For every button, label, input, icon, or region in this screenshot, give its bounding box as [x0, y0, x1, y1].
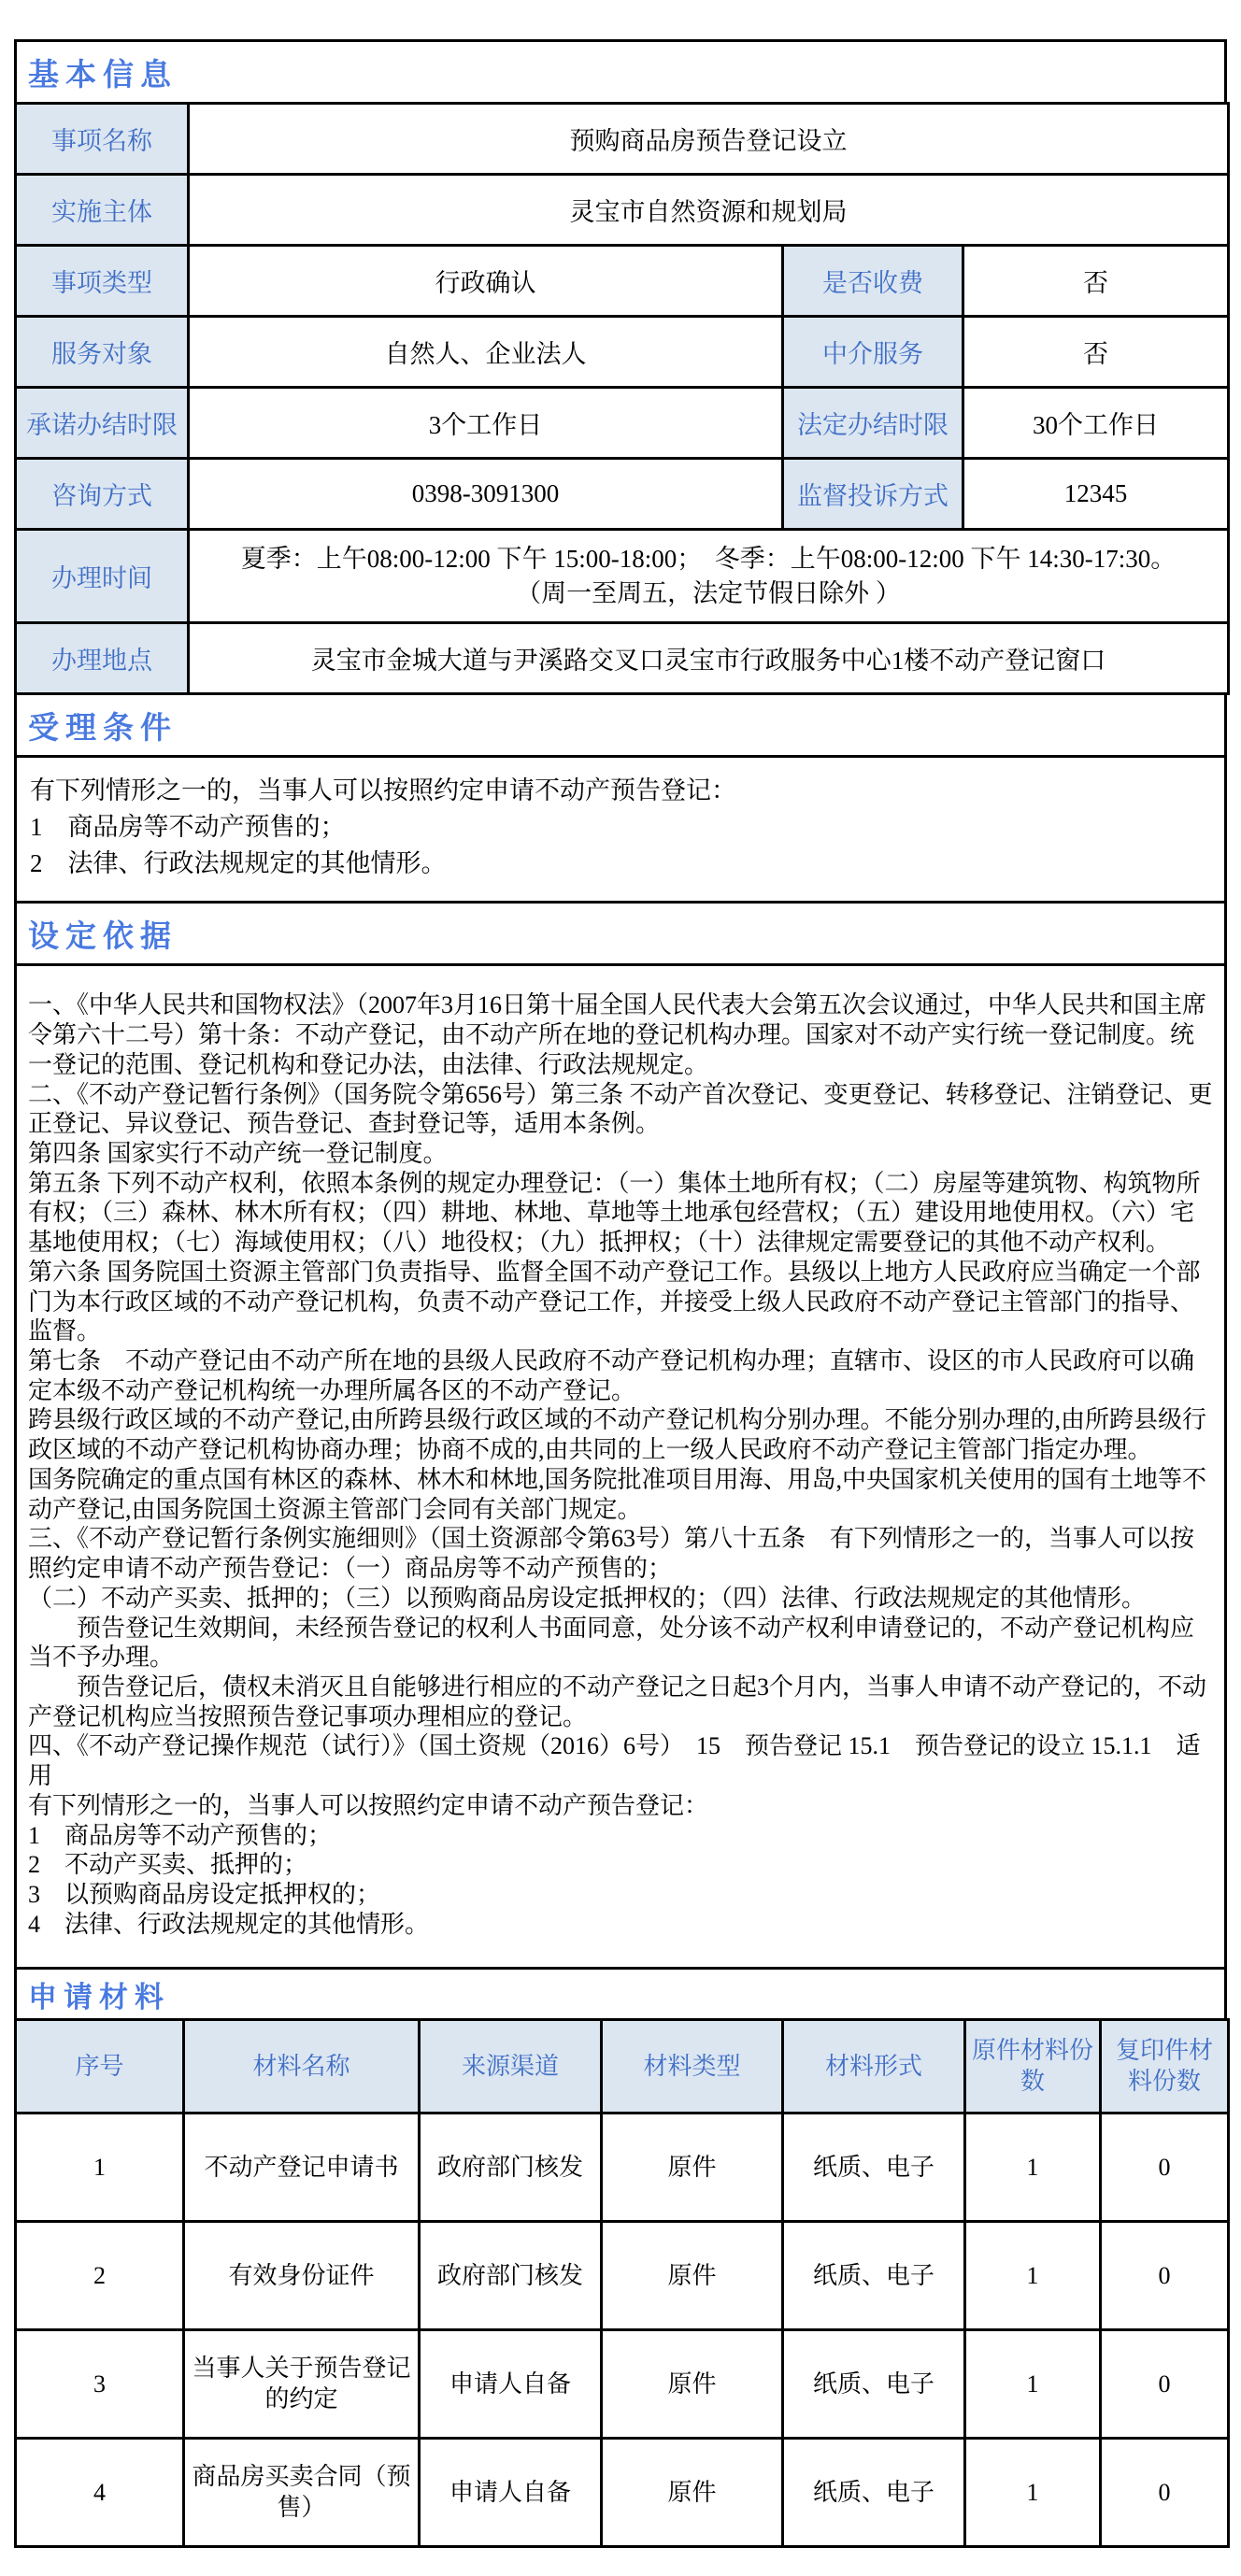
legal-paragraph: 第五条 下列不动产权利，依照本条例的规定办理登记：（一）集体土地所有权；（二）房… — [28, 1169, 1213, 1258]
value-cell: 灵宝市自然资源和规划局 — [189, 175, 1229, 246]
value-cell: 3个工作日 — [189, 388, 783, 459]
label-cell: 承诺办结时限 — [16, 388, 189, 459]
label-cell: 事项名称 — [16, 104, 189, 175]
legal-paragraph: 预告登记后，债权未消灭且自能够进行相应的不动产登记之日起3个月内，当事人申请不动… — [28, 1672, 1213, 1731]
office-hours-line2: （周一至周五，法定节假日除外 ） — [197, 576, 1220, 610]
value-cell: 否 — [963, 246, 1229, 317]
cell-material-type: 原件 — [602, 2439, 783, 2547]
cell-source: 申请人自备 — [420, 2330, 602, 2439]
legal-paragraph: 2 不动产买卖、抵押的； — [28, 1850, 1213, 1880]
section-title-application-materials: 申请材料 — [14, 1967, 1227, 2021]
table-row-office-hours: 办理时间 夏季：上午08:00-12:00 下午 15:00-18:00； 冬季… — [16, 530, 1229, 623]
legal-basis-text: 一、《中华人民共和国物权法》（2007年3月16日第十届全国人民代表大会第五次会… — [14, 963, 1227, 1970]
cell-seq: 2 — [16, 2222, 184, 2330]
section-title-legal-basis: 设定依据 — [14, 901, 1227, 966]
acceptance-line: 2 法律、行政法规规定的其他情形。 — [30, 846, 1211, 882]
cell-material-form: 纸质、电子 — [783, 2113, 965, 2222]
cell-material-form: 纸质、电子 — [783, 2439, 965, 2547]
cell-original-copies: 1 — [965, 2439, 1101, 2547]
cell-original-copies: 1 — [965, 2330, 1101, 2439]
legal-paragraph: 三、《不动产登记暂行条例实施细则》（国土资源部令第63号）第八十五条 有下列情形… — [28, 1524, 1213, 1583]
legal-paragraph: 二、《不动产登记暂行条例》（国务院令第656号）第三条 不动产首次登记、变更登记… — [28, 1080, 1213, 1139]
table-row-consult-phone: 咨询方式 0398-3091300 监督投诉方式 12345 — [16, 459, 1229, 530]
cell-photocopy-copies: 0 — [1101, 2113, 1229, 2222]
label-cell: 法定办结时限 — [783, 388, 963, 459]
cell-source: 政府部门核发 — [420, 2113, 602, 2222]
table-row-item-type: 事项类型 行政确认 是否收费 否 — [16, 246, 1229, 317]
cell-photocopy-copies: 0 — [1101, 2330, 1229, 2439]
legal-paragraph: 国务院确定的重点国有林区的森林、林木和林地,国务院批准项目用海、用岛,中央国家机… — [28, 1465, 1213, 1524]
table-row-item-name: 事项名称 预购商品房预告登记设立 — [16, 104, 1229, 175]
value-cell: 预购商品房预告登记设立 — [189, 104, 1229, 175]
section-title-acceptance-conditions: 受理条件 — [14, 692, 1227, 758]
value-cell: 否 — [963, 317, 1229, 388]
value-cell: 0398-3091300 — [189, 459, 783, 530]
cell-material-type: 原件 — [602, 2113, 783, 2222]
materials-header-row: 序号 材料名称 来源渠道 材料类型 材料形式 原件材料份数 复印件材料份数 — [16, 2020, 1229, 2113]
label-cell: 办理地点 — [16, 623, 189, 694]
cell-material-form: 纸质、电子 — [783, 2222, 965, 2330]
value-cell: 灵宝市金城大道与尹溪路交叉口灵宝市行政服务中心1楼不动产登记窗口 — [189, 623, 1229, 694]
materials-row: 2 有效身份证件 政府部门核发 原件 纸质、电子 1 0 — [16, 2222, 1229, 2330]
section-title-text: 受理条件 — [28, 704, 178, 747]
legal-paragraph: 4 法律、行政法规规定的其他情形。 — [28, 1910, 1213, 1940]
label-cell: 监督投诉方式 — [783, 459, 963, 530]
section-title-basic-info: 基本信息 — [14, 39, 1227, 105]
value-cell: 行政确认 — [189, 246, 783, 317]
column-header-seq: 序号 — [16, 2020, 184, 2113]
cell-material-name: 当事人关于预告登记的约定 — [184, 2330, 420, 2439]
cell-seq: 4 — [16, 2439, 184, 2547]
label-cell: 服务对象 — [16, 317, 189, 388]
cell-seq: 3 — [16, 2330, 184, 2439]
label-cell: 是否收费 — [783, 246, 963, 317]
label-cell: 中介服务 — [783, 317, 963, 388]
column-header-photocopy-copies: 复印件材料份数 — [1101, 2020, 1229, 2113]
cell-seq: 1 — [16, 2113, 184, 2222]
acceptance-line: 有下列情形之一的，当事人可以按照约定申请不动产预告登记： — [30, 773, 1211, 809]
legal-paragraph: 一、《中华人民共和国物权法》（2007年3月16日第十届全国人民代表大会第五次会… — [28, 990, 1213, 1079]
legal-paragraph: （二）不动产买卖、抵押的；（三）以预购商品房设定抵押权的；（四）法律、行政法规规… — [28, 1584, 1213, 1614]
acceptance-conditions-text: 有下列情形之一的，当事人可以按照约定申请不动产预告登记： 1 商品房等不动产预售… — [14, 755, 1227, 904]
cell-source: 政府部门核发 — [420, 2222, 602, 2330]
service-item-document: 基本信息 事项名称 预购商品房预告登记设立 实施主体 灵宝市自然资源和规划局 事… — [14, 39, 1227, 2548]
legal-paragraph: 有下列情形之一的，当事人可以按照约定申请不动产预告登记： — [28, 1791, 1213, 1821]
cell-material-form: 纸质、电子 — [783, 2330, 965, 2439]
legal-paragraph: 预告登记生效期间，未经预告登记的权利人书面同意，处分该不动产权利申请登记的，不动… — [28, 1614, 1213, 1672]
column-header-material-form: 材料形式 — [783, 2020, 965, 2113]
legal-paragraph: 第六条 国务院国土资源主管部门负责指导、监督全国不动产登记工作。县级以上地方人民… — [28, 1258, 1213, 1346]
office-hours-line1: 夏季：上午08:00-12:00 下午 15:00-18:00； 冬季：上午08… — [197, 542, 1220, 576]
column-header-original-copies: 原件材料份数 — [965, 2020, 1101, 2113]
table-row-office-location: 办理地点 灵宝市金城大道与尹溪路交叉口灵宝市行政服务中心1楼不动产登记窗口 — [16, 623, 1229, 694]
label-cell: 实施主体 — [16, 175, 189, 246]
application-materials-table: 序号 材料名称 来源渠道 材料类型 材料形式 原件材料份数 复印件材料份数 1 … — [14, 2018, 1230, 2548]
cell-original-copies: 1 — [965, 2222, 1101, 2330]
legal-paragraph: 四、《不动产登记操作规范（试行）》（国土资规（2016）6号） 15 预告登记 … — [28, 1731, 1213, 1790]
section-title-text: 基本信息 — [28, 50, 178, 94]
value-cell: 30个工作日 — [963, 388, 1229, 459]
legal-paragraph: 第七条 不动产登记由不动产所在地的县级人民政府不动产登记机构办理；直辖市、设区的… — [28, 1346, 1213, 1405]
label-cell: 办理时间 — [16, 530, 189, 623]
acceptance-line: 1 商品房等不动产预售的； — [30, 809, 1211, 846]
cell-material-name: 不动产登记申请书 — [184, 2113, 420, 2222]
section-title-text: 设定依据 — [28, 912, 178, 956]
materials-row: 1 不动产登记申请书 政府部门核发 原件 纸质、电子 1 0 — [16, 2113, 1229, 2222]
legal-paragraph: 第四条 国家实行不动产统一登记制度。 — [28, 1139, 1213, 1169]
table-row-implementing-body: 实施主体 灵宝市自然资源和规划局 — [16, 175, 1229, 246]
cell-material-type: 原件 — [602, 2222, 783, 2330]
legal-paragraph: 1 商品房等不动产预售的； — [28, 1821, 1213, 1851]
legal-paragraph: 跨县级行政区域的不动产登记,由所跨县级行政区域的不动产登记机构分别办理。不能分别… — [28, 1405, 1213, 1464]
value-cell: 自然人、企业法人 — [189, 317, 783, 388]
cell-original-copies: 1 — [965, 2113, 1101, 2222]
cell-photocopy-copies: 0 — [1101, 2222, 1229, 2330]
cell-material-name: 商品房买卖合同（预售） — [184, 2439, 420, 2547]
column-header-material-name: 材料名称 — [184, 2020, 420, 2113]
materials-row: 3 当事人关于预告登记的约定 申请人自备 原件 纸质、电子 1 0 — [16, 2330, 1229, 2439]
label-cell: 咨询方式 — [16, 459, 189, 530]
value-cell: 夏季：上午08:00-12:00 下午 15:00-18:00； 冬季：上午08… — [189, 530, 1229, 623]
value-cell: 12345 — [963, 459, 1229, 530]
materials-row: 4 商品房买卖合同（预售） 申请人自备 原件 纸质、电子 1 0 — [16, 2439, 1229, 2547]
basic-info-table: 事项名称 预购商品房预告登记设立 实施主体 灵宝市自然资源和规划局 事项类型 行… — [14, 102, 1230, 695]
label-cell: 事项类型 — [16, 246, 189, 317]
column-header-material-type: 材料类型 — [602, 2020, 783, 2113]
cell-source: 申请人自备 — [420, 2439, 602, 2547]
legal-paragraph: 3 以预购商品房设定抵押权的； — [28, 1880, 1213, 1910]
section-title-text: 申请材料 — [28, 1973, 170, 2015]
cell-material-name: 有效身份证件 — [184, 2222, 420, 2330]
cell-photocopy-copies: 0 — [1101, 2439, 1229, 2547]
table-row-promised-time-limit: 承诺办结时限 3个工作日 法定办结时限 30个工作日 — [16, 388, 1229, 459]
table-row-service-target: 服务对象 自然人、企业法人 中介服务 否 — [16, 317, 1229, 388]
column-header-source: 来源渠道 — [420, 2020, 602, 2113]
cell-material-type: 原件 — [602, 2330, 783, 2439]
